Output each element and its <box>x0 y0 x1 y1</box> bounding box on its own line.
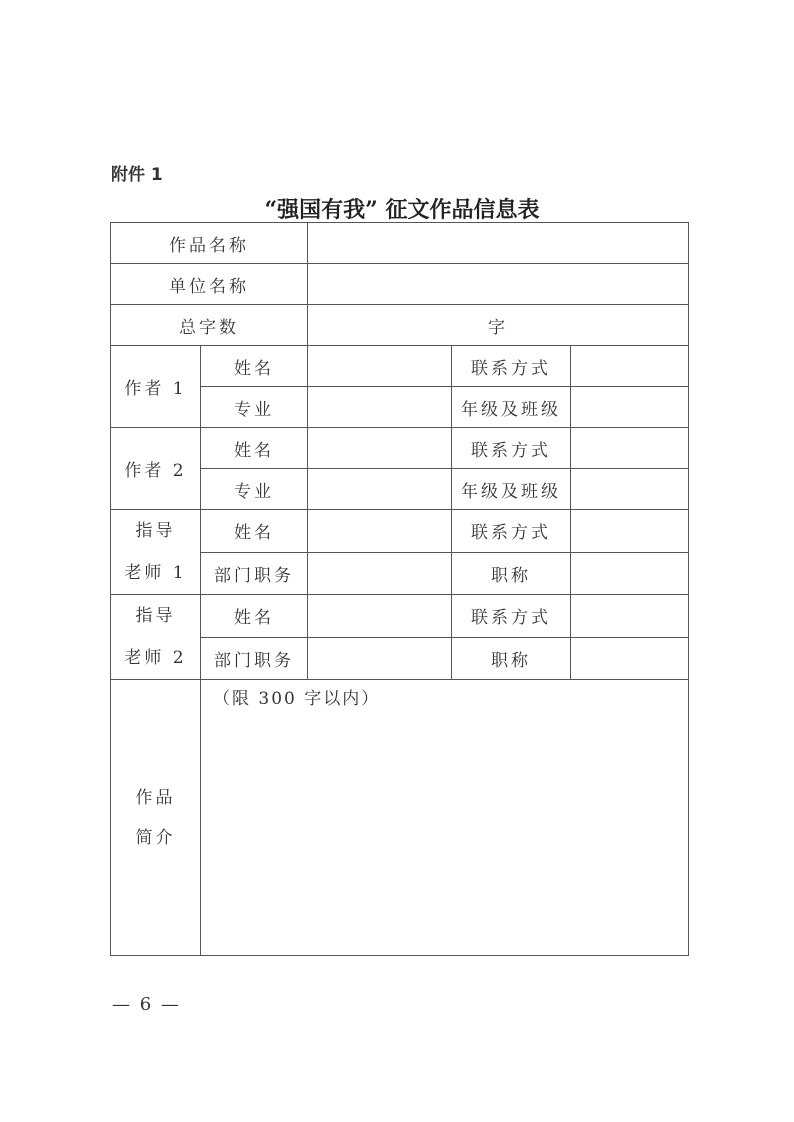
advisor-1-name-field[interactable] <box>308 510 452 553</box>
author-2-grade-field[interactable] <box>571 469 689 510</box>
advisor-2-label-line1: 指导 <box>111 595 200 637</box>
advisor-1-title-label: 职称 <box>452 552 571 595</box>
unit-name-field[interactable] <box>308 264 689 305</box>
advisor-2-title-field[interactable] <box>571 637 689 680</box>
advisor-1-label-line2: 老师 1 <box>111 552 200 594</box>
author-1-name-field[interactable] <box>308 346 452 387</box>
advisor-1-dept-label: 部门职务 <box>201 552 308 595</box>
advisor-2-contact-label: 联系方式 <box>452 595 571 638</box>
author-2-contact-field[interactable] <box>571 428 689 469</box>
advisor-1-label: 指导 老师 1 <box>111 510 201 595</box>
attachment-label: 附件 1 <box>111 160 163 185</box>
author-2-name-label: 姓名 <box>201 428 308 469</box>
info-form-table: 作品名称 单位名称 总字数 字 作者 1 姓名 联系方式 专业 年级及班级 作者… <box>110 222 689 956</box>
total-words-field[interactable]: 字 <box>308 305 689 346</box>
advisor-2-dept-label: 部门职务 <box>201 637 308 680</box>
unit-name-label: 单位名称 <box>111 264 308 305</box>
advisor-1-label-line1: 指导 <box>111 510 200 552</box>
author-1-contact-field[interactable] <box>571 346 689 387</box>
author-2-major-label: 专业 <box>201 469 308 510</box>
intro-hint: （限 300 字以内） <box>201 680 688 709</box>
advisor-2-dept-field[interactable] <box>308 637 452 680</box>
advisor-1-dept-field[interactable] <box>308 552 452 595</box>
author-2-label: 作者 2 <box>111 428 201 510</box>
advisor-2-title-label: 职称 <box>452 637 571 680</box>
author-1-label: 作者 1 <box>111 346 201 428</box>
advisor-1-title-field[interactable] <box>571 552 689 595</box>
author-1-contact-label: 联系方式 <box>452 346 571 387</box>
intro-label: 作品 简介 <box>111 680 201 956</box>
author-1-grade-label: 年级及班级 <box>452 387 571 428</box>
author-1-major-label: 专业 <box>201 387 308 428</box>
advisor-2-label-line2: 老师 2 <box>111 637 200 679</box>
author-2-grade-label: 年级及班级 <box>452 469 571 510</box>
work-name-field[interactable] <box>308 223 689 264</box>
author-1-name-label: 姓名 <box>201 346 308 387</box>
advisor-2-label: 指导 老师 2 <box>111 595 201 680</box>
words-unit: 字 <box>488 318 508 338</box>
form-title: “强国有我” 征文作品信息表 <box>0 193 794 224</box>
author-2-name-field[interactable] <box>308 428 452 469</box>
advisor-1-contact-label: 联系方式 <box>452 510 571 553</box>
author-2-major-field[interactable] <box>308 469 452 510</box>
author-1-grade-field[interactable] <box>571 387 689 428</box>
page-number: — 6 — <box>112 994 181 1015</box>
advisor-2-name-label: 姓名 <box>201 595 308 638</box>
work-name-label: 作品名称 <box>111 223 308 264</box>
advisor-1-contact-field[interactable] <box>571 510 689 553</box>
total-words-label: 总字数 <box>111 305 308 346</box>
advisor-2-contact-field[interactable] <box>571 595 689 638</box>
advisor-2-name-field[interactable] <box>308 595 452 638</box>
advisor-1-name-label: 姓名 <box>201 510 308 553</box>
intro-label-line1: 作品 <box>111 778 200 818</box>
author-2-contact-label: 联系方式 <box>452 428 571 469</box>
author-1-major-field[interactable] <box>308 387 452 428</box>
intro-field[interactable]: （限 300 字以内） <box>201 680 689 956</box>
intro-label-line2: 简介 <box>111 818 200 858</box>
